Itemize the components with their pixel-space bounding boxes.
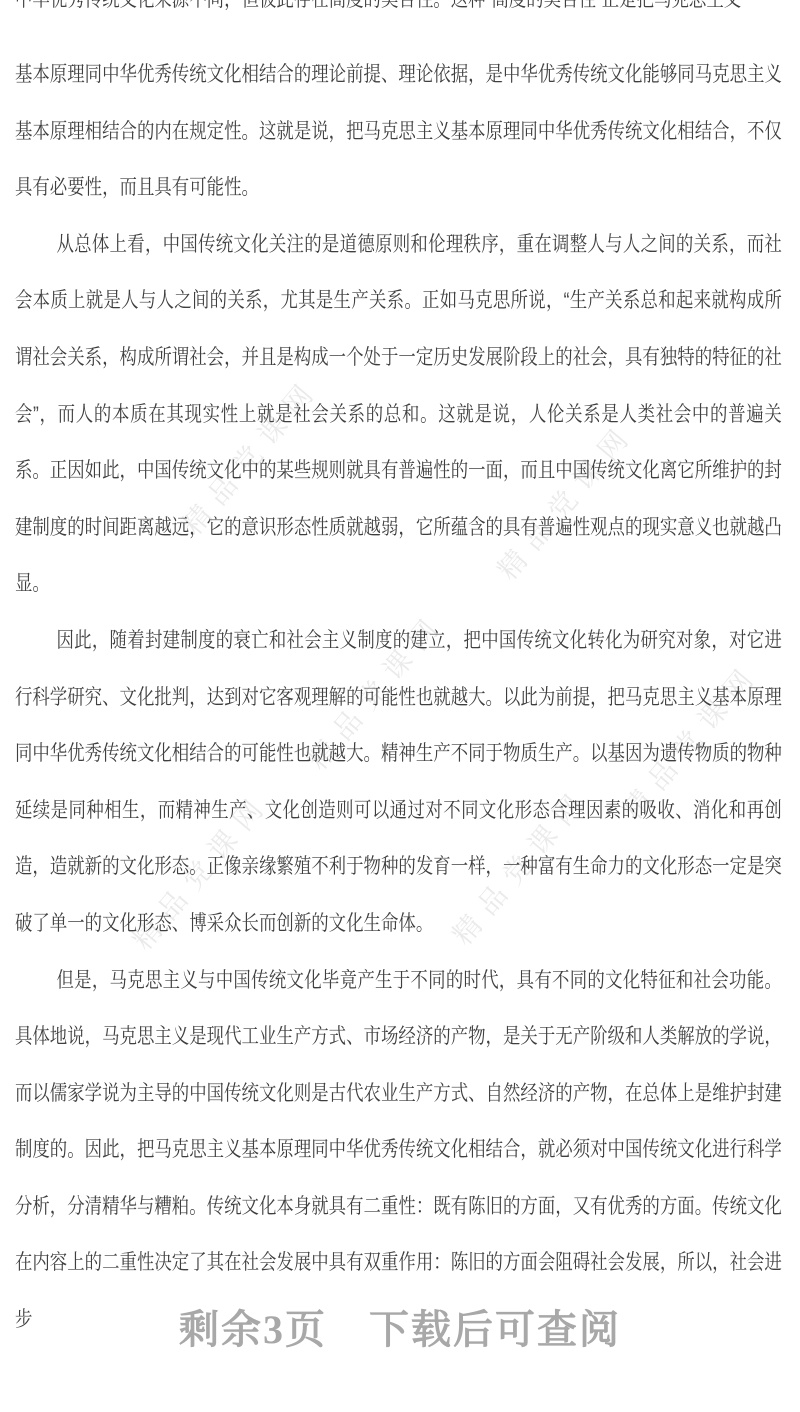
paragraph: 但是，马克思主义与中国传统文化毕竟产生于不同的时代，具有不同的文化特征和社会功能… xyxy=(15,953,782,1349)
remaining-pages-label: 剩余3页 xyxy=(179,1307,327,1352)
document-body: 基本原理同中华优秀传统文化相结合的理论前提、理论依据，是中华优秀传统文化能够同马… xyxy=(0,47,800,1349)
clipped-top-line: 中华优秀传统文化来源不同，但彼此存在高度的契合性。这种“高度的契合性”正是把马克… xyxy=(15,0,782,10)
download-hint-label: 下载后可查阅 xyxy=(369,1306,621,1354)
remaining-pages-notice: 剩余3页下载后可查阅 xyxy=(0,1306,800,1354)
paragraph: 从总体上看，中国传统文化关注的是道德原则和伦理秩序，重在调整人与人之间的关系，而… xyxy=(15,217,782,613)
paragraph: 基本原理同中华优秀传统文化相结合的理论前提、理论依据，是中华优秀传统文化能够同马… xyxy=(15,47,782,217)
document-preview-page: { "document": { "clipped_top_line": "中华优… xyxy=(0,0,800,1412)
paragraph: 因此，随着封建制度的衰亡和社会主义制度的建立，把中国传统文化转化为研究对象，对它… xyxy=(15,613,782,953)
